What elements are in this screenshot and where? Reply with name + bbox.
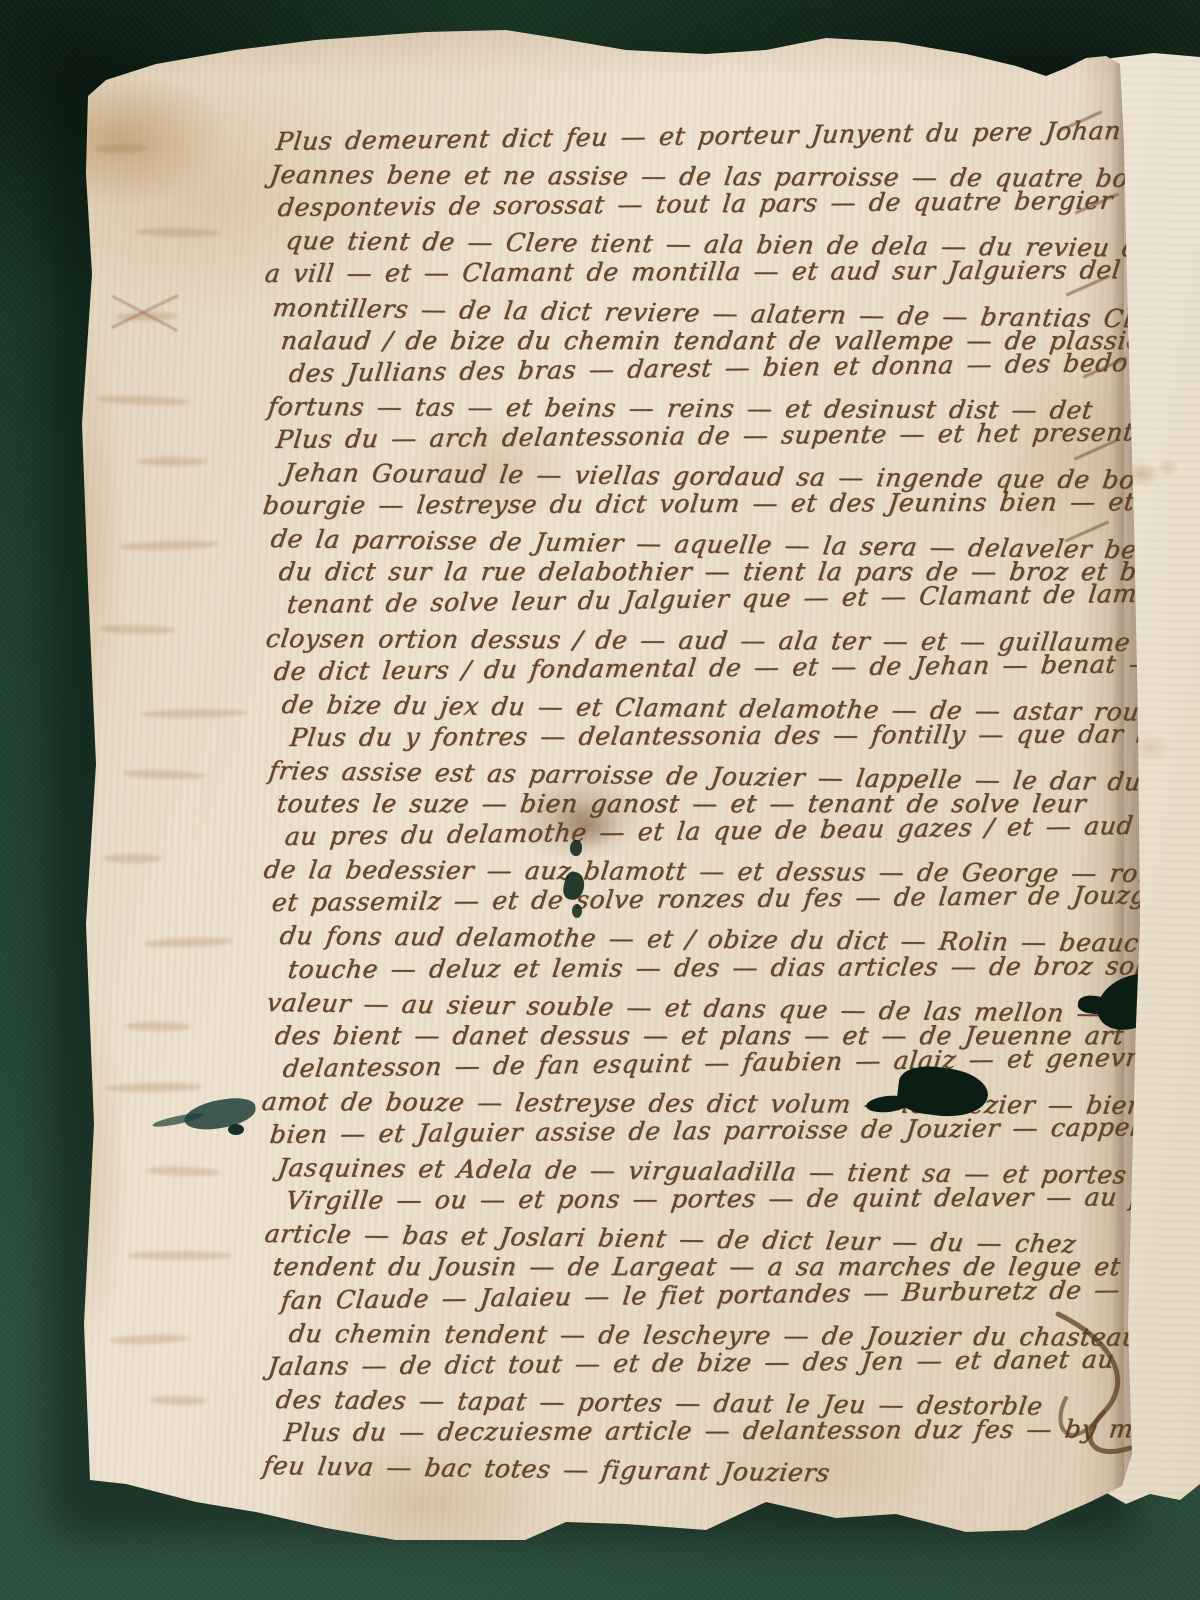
bleedthrough-mark (144, 936, 234, 948)
bleedthrough-mark (150, 1396, 206, 1406)
manuscript-line: despontevis de sorossat — tout la pars —… (276, 185, 1159, 222)
bleedthrough-mark (125, 1021, 191, 1031)
bleedthrough-mark (106, 1082, 203, 1093)
bleedthrough-mark (94, 143, 149, 154)
manuscript-line: touche — deluz et lemis — des — dias art… (286, 951, 1159, 984)
bleedthrough-mark (100, 624, 176, 634)
bleedthrough-mark (119, 539, 219, 551)
manuscript-line: Plus demeurent dict feu — et porteur Jun… (274, 116, 1122, 156)
bleedthrough-mark (135, 227, 221, 237)
bleedthrough-mark (138, 457, 207, 466)
manuscript-line: Plus du — arch delantessonia de — supent… (274, 417, 1200, 454)
bleedthrough-mark (128, 1251, 232, 1260)
manuscript-line: Jalans — de dict tout — et de bize — des… (266, 1344, 1116, 1380)
manuscript-line: bien — et Jalguier assise de las parrois… (268, 1112, 1200, 1149)
manuscript-line: Virgille — ou — et pons — portes — de qu… (284, 1182, 1200, 1215)
tear-ink-drip (570, 840, 582, 856)
bleedthrough-mark (122, 769, 205, 781)
bleedthrough-mark (97, 394, 190, 406)
tear-ink-drip (572, 904, 582, 918)
bleedthrough-mark (103, 854, 162, 863)
photo-scene: Plus demeurent dict feu — et porteur Jun… (0, 0, 1200, 1600)
manuscript-line: Plus du y fontres — delantessonia des — … (288, 719, 1175, 752)
manuscript-line: bourgie — lestreyse du dict volum — et d… (261, 487, 1200, 520)
manuscript-line: et passemilz — et de solve ronzes du fes… (270, 880, 1200, 917)
manuscript-page: Plus demeurent dict feu — et porteur Jun… (66, 24, 1142, 1540)
bleedthrough-mark (147, 1166, 220, 1178)
manuscript-line: de dict leurs / du fondamental de — et —… (272, 649, 1195, 686)
manuscript-line: feu luva — bac totes — figurant Jouziers (261, 1451, 832, 1487)
manuscript-line: a vill — et — Clamant de montilla — et a… (263, 256, 1122, 289)
teal-ink-blot (228, 1124, 244, 1135)
bleedthrough-mark (141, 708, 248, 719)
bleedthrough-mark (109, 1334, 189, 1346)
